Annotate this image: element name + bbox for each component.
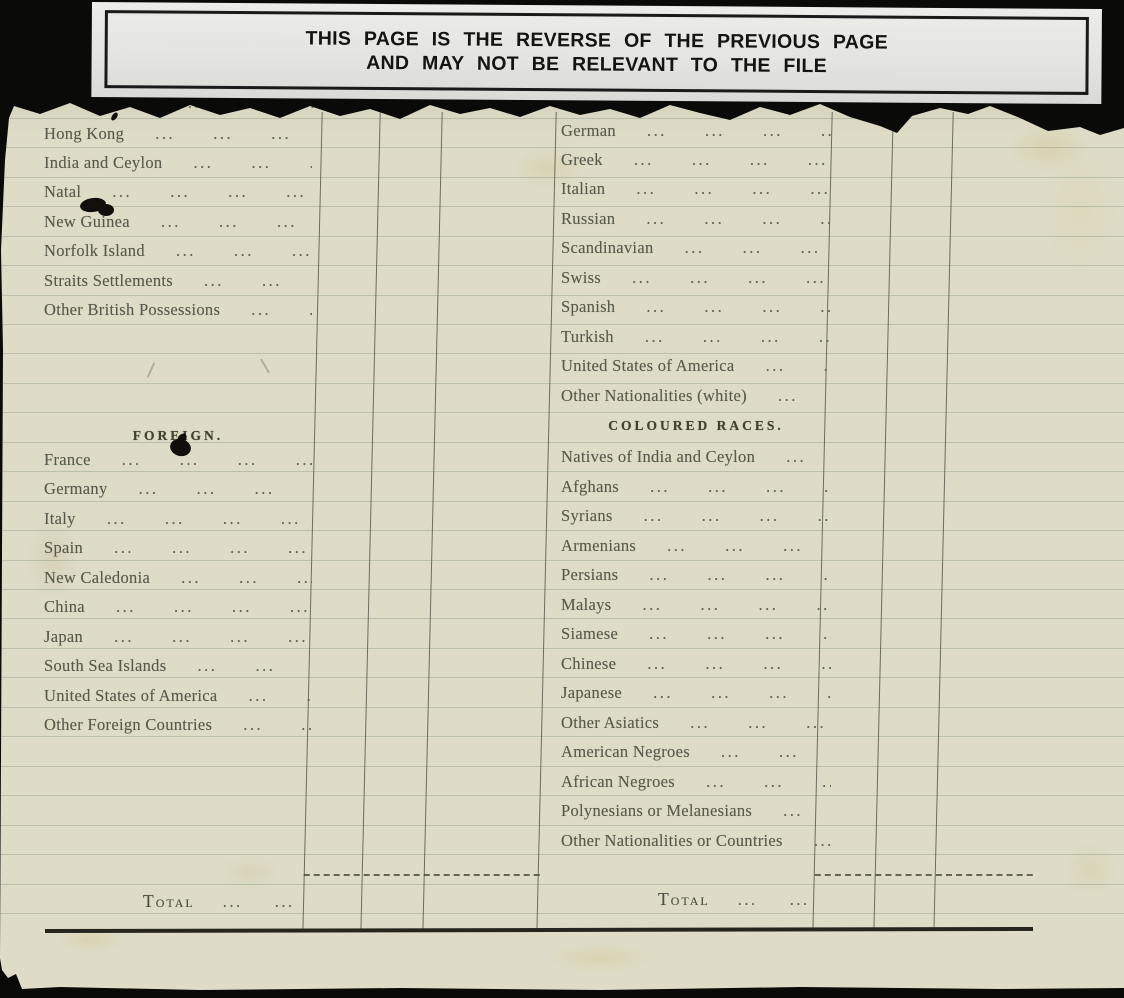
row-label: African Negroes (561, 767, 687, 796)
leader-dot-group: ... (689, 472, 747, 501)
leader-dots: ............... (174, 148, 312, 177)
row-label: Armenians (561, 531, 648, 560)
leader-dot-group: ... (630, 619, 688, 648)
leader-dot-group: ... (230, 681, 288, 710)
table-row: Italian............... (561, 174, 831, 203)
column-rule (422, 112, 442, 930)
leader-dot-group: ... (731, 145, 789, 174)
row-label: Other Foreign Countries (44, 710, 224, 739)
leader-dot-group: ... (684, 322, 742, 351)
table-row: India and Ceylon............... (44, 148, 312, 177)
leader-dot-group: ... (623, 590, 681, 619)
leader-dot-group: ... (808, 678, 831, 707)
leader-dot-group: ... (146, 504, 204, 533)
table-row: African Negroes............... (561, 767, 831, 796)
leader-dot-group: ... (745, 767, 803, 796)
leader-dot-group: ... (162, 563, 220, 592)
leader-dot-group: ... (294, 651, 312, 680)
leader-dot-group: ... (215, 236, 273, 265)
row-label: Hong Kong (44, 119, 136, 148)
leader-dot-group: ... (741, 501, 799, 530)
row-label: Italian (561, 174, 617, 203)
table-row: Straits Settlements............... (44, 266, 312, 295)
leader-dots: ............... (103, 445, 312, 474)
table-row: Siamese............... (561, 619, 831, 648)
leader-dot-group: ... (220, 563, 278, 592)
row-label: Other Nationalities (white) (561, 381, 759, 410)
table-row: Hong Kong............... (44, 119, 312, 148)
leader-dot-group: ... (805, 351, 831, 380)
leader-dot-group: ... (236, 651, 294, 680)
leader-dots: ............... (628, 116, 831, 145)
leader-dots: ............... (702, 737, 831, 766)
row-label: United States of America (44, 681, 230, 710)
leader-dot-group: ... (683, 501, 741, 530)
leader-dot-group: ... (153, 622, 211, 651)
leader-dot-group: ... (136, 119, 194, 148)
leader-dot-group: ... (764, 796, 822, 825)
row-label: Russian (561, 204, 627, 233)
leader-dot-group: ... (804, 560, 831, 589)
row-label: Spain (44, 533, 95, 562)
leader-dot-group: ... (211, 533, 269, 562)
leader-dots: ............... (617, 174, 831, 203)
table-row: Malays............... (561, 590, 831, 619)
leader-dots: ............... (224, 710, 312, 739)
archive-banner: THIS PAGE IS THE REVERSE OF THE PREVIOUS… (91, 2, 1102, 104)
leader-dot-group: ... (277, 445, 312, 474)
leader-dot-group: ... (791, 174, 831, 203)
leader-dots: ............... (767, 442, 831, 471)
leader-dot-group: ... (278, 563, 312, 592)
scanned-archive-page: FOREIGN. COLOURED RACES. ...............… (0, 0, 1124, 998)
table-row: Persians............... (561, 560, 831, 589)
row-label: Other Nationalities or Countries (561, 826, 795, 855)
row-label: Total (658, 885, 722, 914)
row-label: New Caledonia (44, 563, 162, 592)
leader-dot-group: ... (271, 592, 312, 621)
table-row: Other Nationalities (white).............… (561, 381, 831, 410)
row-label: Japanese (561, 678, 634, 707)
leader-dot-group: ... (801, 292, 831, 321)
leader-dot-group: ... (120, 474, 178, 503)
leader-dots: ............... (95, 533, 312, 562)
leader-dot-group: ... (178, 651, 236, 680)
row-label: Japan (44, 622, 95, 651)
row-label: American Negroes (561, 737, 702, 766)
leader-dots: ............... (626, 322, 831, 351)
leader-dot-group: ... (787, 708, 831, 737)
leader-dot-group: ... (200, 207, 258, 236)
leader-dot-group: ... (155, 592, 213, 621)
table-row: American Negroes............... (561, 737, 831, 766)
leader-dots: ............... (634, 678, 831, 707)
leader-dot-group: ... (822, 531, 831, 560)
leader-dots: ............... (627, 204, 831, 233)
table-row: Greek............... (561, 145, 831, 174)
leader-dot-group: ... (209, 177, 267, 206)
leader-dots: ............... (232, 295, 312, 324)
leader-dot-group: ... (805, 472, 831, 501)
leader-dots: ............... (97, 592, 312, 621)
leader-dot-group: ... (774, 885, 826, 914)
row-label: Swiss (561, 263, 613, 292)
row-label: Persians (561, 560, 630, 589)
row-label: Greek (561, 145, 615, 174)
leader-dot-group: ... (301, 266, 312, 295)
leader-dot-group: ... (688, 619, 746, 648)
leader-dot-group: ... (243, 266, 301, 295)
leader-dot-group: ... (789, 145, 831, 174)
table-row: Syrians............... (561, 501, 831, 530)
leader-dot-group: ... (702, 737, 760, 766)
leader-dot-group: ... (88, 504, 146, 533)
leader-dot-group: ... (744, 116, 802, 145)
table-row: China............... (44, 592, 312, 621)
leader-dot-group: ... (617, 174, 675, 203)
row-label: Turkish (561, 322, 626, 351)
leader-dot-group: ... (685, 204, 743, 233)
leader-dot-group: ... (746, 619, 804, 648)
leader-dot-group: ... (739, 590, 797, 619)
leader-dot-group: ... (729, 263, 787, 292)
leader-dot-group: ... (795, 826, 831, 855)
leader-dot-group: ... (288, 681, 312, 710)
row-label: China (44, 592, 97, 621)
leader-dot-group: ... (747, 351, 805, 380)
leader-dots: ...... (722, 885, 832, 914)
leader-dot-group: ... (259, 887, 311, 916)
leader-dot-group: ... (746, 560, 804, 589)
leader-dot-group: ... (687, 767, 745, 796)
leader-dot-group: ... (760, 737, 818, 766)
leader-dot-group: ... (153, 533, 211, 562)
table-row: Other Nationalities or Countries........… (561, 826, 831, 855)
row-label: Malays (561, 590, 623, 619)
table-row: Germany............... (44, 474, 312, 503)
leader-dot-group: ... (252, 119, 310, 148)
table-row: United States of America............... (44, 681, 312, 710)
table-row: South Sea Islands............... (44, 651, 312, 680)
subtotal-rule (304, 874, 540, 876)
table-row: Natives of India and Ceylon.............… (561, 442, 831, 471)
table-row: Spain............... (44, 533, 312, 562)
leader-dots: ...... (207, 887, 315, 916)
table-row: United States of America............... (561, 351, 831, 380)
leader-dots: ............... (625, 501, 831, 530)
leader-dot-group: ... (194, 119, 252, 148)
leader-dot-group: ... (178, 474, 236, 503)
leader-dot-group: ... (282, 710, 312, 739)
leader-dot-group: ... (685, 292, 743, 321)
leader-dots: ............... (666, 233, 832, 262)
leader-dot-group: ... (733, 174, 791, 203)
leader-dot-group: ... (750, 678, 808, 707)
row-label: German (561, 116, 628, 145)
leader-dot-group: ... (204, 504, 262, 533)
column-rule (873, 112, 893, 930)
leader-dots: ............... (120, 474, 313, 503)
leader-dots: ............... (630, 560, 831, 589)
leader-dot-group: ... (818, 737, 831, 766)
leader-dot-group: ... (686, 116, 744, 145)
row-label: Polynesians or Melanesians (561, 796, 764, 825)
column-rule (360, 112, 380, 930)
row-label: India and Ceylon (44, 148, 174, 177)
table-row: Swiss............... (561, 263, 831, 292)
table-row: Polynesians or Melanesians..............… (561, 796, 831, 825)
leader-dots: ............... (136, 119, 312, 148)
leader-dots: ............... (764, 796, 831, 825)
leader-dot-group: ... (310, 119, 312, 148)
leader-dot-group: ... (634, 678, 692, 707)
leader-dots: ............... (93, 177, 312, 206)
subtotal-rule (815, 874, 1033, 876)
leader-dots: ............... (648, 531, 831, 560)
register-paper: FOREIGN. COLOURED RACES. ...............… (0, 100, 1124, 998)
leader-dot-group: ... (615, 145, 673, 174)
leader-dots: ............... (630, 619, 831, 648)
leader-dot-group: ... (236, 474, 294, 503)
leader-dot-group: ... (219, 445, 277, 474)
leader-dot-group: ... (747, 472, 805, 501)
leader-dot-group: ... (692, 678, 750, 707)
row-label: France (44, 445, 103, 474)
leader-dot-group: ... (799, 501, 831, 530)
leader-dot-group: ... (724, 233, 782, 262)
row-label: Afghans (561, 472, 631, 501)
leader-dot-group: ... (804, 619, 831, 648)
table-row: New Caledonia............... (44, 563, 312, 592)
archive-banner-frame: THIS PAGE IS THE REVERSE OF THE PREVIOUS… (104, 10, 1089, 95)
leader-dots: ............... (671, 708, 831, 737)
leader-dots: ............... (615, 145, 831, 174)
leader-dot-group: ... (671, 708, 729, 737)
leader-dot-group: ... (269, 533, 312, 562)
leader-dot-group: ... (666, 233, 724, 262)
leader-dot-group: ... (262, 504, 312, 533)
leader-dot-group: ... (742, 322, 800, 351)
leader-dot-group: ... (273, 236, 312, 265)
leader-dot-group: ... (151, 177, 209, 206)
leader-dot-group: ... (681, 590, 739, 619)
leader-dot-group: ... (802, 116, 831, 145)
leader-dot-group: ... (817, 381, 831, 410)
leader-dot-group: ... (258, 207, 312, 236)
table-row: Norfolk Island............... (44, 236, 312, 265)
leader-dot-group: ... (211, 622, 269, 651)
leader-dots: ............... (623, 590, 831, 619)
row-label: Spanish (561, 292, 627, 321)
leader-dot-group: ... (95, 533, 153, 562)
leader-dot-group: ... (294, 474, 313, 503)
leader-dot-group: ... (729, 708, 787, 737)
table-row: Russian............... (561, 204, 831, 233)
table-row: German............... (561, 116, 831, 145)
leader-dot-group: ... (290, 295, 312, 324)
leader-dot-group: ... (627, 204, 685, 233)
leader-dot-group: ... (722, 885, 774, 914)
leader-dot-group: ... (95, 622, 153, 651)
leader-dot-group: ... (648, 531, 706, 560)
leader-dot-group: ... (232, 295, 290, 324)
leader-dot-group: ... (290, 148, 312, 177)
leader-dot-group: ... (782, 233, 832, 262)
leader-dots: ............... (185, 266, 312, 295)
row-label: Scandinavian (561, 233, 666, 262)
leader-dot-group: ... (628, 649, 686, 678)
row-label: South Sea Islands (44, 651, 178, 680)
leader-dot-group: ... (174, 148, 232, 177)
leader-dot-group: ... (625, 501, 683, 530)
leader-dots: ............... (631, 472, 831, 501)
column-rule (536, 112, 556, 930)
leader-dot-group: ... (825, 442, 831, 471)
leader-dot-group: ... (767, 442, 825, 471)
table-row: Japan............... (44, 622, 312, 651)
leader-dot-group: ... (630, 560, 688, 589)
leader-dots: ............... (95, 622, 312, 651)
row-label: Chinese (561, 649, 628, 678)
row-label: Other Asiatics (561, 708, 671, 737)
leader-dots: ............... (142, 207, 312, 236)
leader-dot-group: ... (802, 649, 831, 678)
leader-dots: ............... (747, 351, 831, 380)
leader-dot-group: ... (267, 177, 312, 206)
leader-dot-group: ... (686, 649, 744, 678)
leader-dots: ............... (795, 826, 831, 855)
leader-dot-group: ... (613, 263, 671, 292)
row-label: United States of America (561, 351, 747, 380)
leader-dots: ............... (178, 651, 312, 680)
table-row: Spanish............... (561, 292, 831, 321)
table-row: Other British Possessions............... (44, 295, 312, 324)
leader-dot-group: ... (688, 560, 746, 589)
leader-dots: ............... (230, 681, 312, 710)
leader-dot-group: ... (185, 266, 243, 295)
leader-dot-group: ... (797, 590, 831, 619)
total-row: Total...... (658, 885, 832, 914)
leader-dot-group: ... (787, 263, 831, 292)
leader-dots: ............... (88, 504, 312, 533)
leader-dot-group: ... (224, 710, 282, 739)
leader-dots: ............... (687, 767, 831, 796)
leader-dot-group: ... (822, 796, 831, 825)
table-row: Japanese............... (561, 678, 831, 707)
leader-dot-group: ... (103, 445, 161, 474)
leader-dot-group: ... (743, 204, 801, 233)
row-label: Germany (44, 474, 120, 503)
leader-dot-group: ... (269, 622, 312, 651)
leader-dot-group: ... (675, 174, 733, 203)
leader-dot-group: ... (803, 767, 831, 796)
leader-dots: ............... (613, 263, 831, 292)
table-row: Turkish............... (561, 322, 831, 351)
row-label: Straits Settlements (44, 266, 185, 295)
leader-dots: ............... (157, 236, 312, 265)
leader-dot-group: ... (706, 531, 764, 560)
leader-dot-group: ... (157, 236, 215, 265)
table-row: Scandinavian............... (561, 233, 831, 262)
leader-dot-group: ... (801, 204, 831, 233)
total-row: Total...... (143, 887, 315, 916)
table-row: Other Foreign Countries............... (44, 710, 312, 739)
leader-dot-group: ... (759, 381, 817, 410)
row-label: Total (143, 887, 207, 916)
row-label: Siamese (561, 619, 630, 648)
leader-dot-group: ... (764, 531, 822, 560)
section-header-coloured-races: COLOURED RACES. (561, 411, 831, 440)
row-label: Natives of India and Ceylon (561, 442, 767, 471)
table-row: Chinese............... (561, 649, 831, 678)
leader-dots: ............... (162, 563, 312, 592)
row-label: Norfolk Island (44, 236, 157, 265)
leader-dot-group: ... (743, 292, 801, 321)
table-row: Other Asiatics............... (561, 708, 831, 737)
leader-dot-group: ... (671, 263, 729, 292)
leader-dot-group: ... (232, 148, 290, 177)
leader-dot-group: ... (744, 649, 802, 678)
leader-dots: ............... (627, 292, 831, 321)
table-row: Afghans............... (561, 472, 831, 501)
row-label: Other British Possessions (44, 295, 232, 324)
leader-dot-group: ... (626, 322, 684, 351)
table-row: Armenians............... (561, 531, 831, 560)
leader-dot-group: ... (673, 145, 731, 174)
leader-dot-group: ... (213, 592, 271, 621)
row-label: Syrians (561, 501, 625, 530)
column-rule (933, 112, 953, 930)
leader-dot-group: ... (628, 116, 686, 145)
leader-dots: ............... (759, 381, 831, 410)
ink-blot (98, 204, 114, 216)
leader-dot-group: ... (800, 322, 831, 351)
table-row: Italy............... (44, 504, 312, 533)
leader-dot-group: ... (142, 207, 200, 236)
leader-dot-group: ... (631, 472, 689, 501)
leader-dot-group: ... (97, 592, 155, 621)
leader-dot-group: ... (627, 292, 685, 321)
leader-dot-group: ... (207, 887, 259, 916)
row-label: Italy (44, 504, 88, 533)
leader-dots: ............... (628, 649, 831, 678)
